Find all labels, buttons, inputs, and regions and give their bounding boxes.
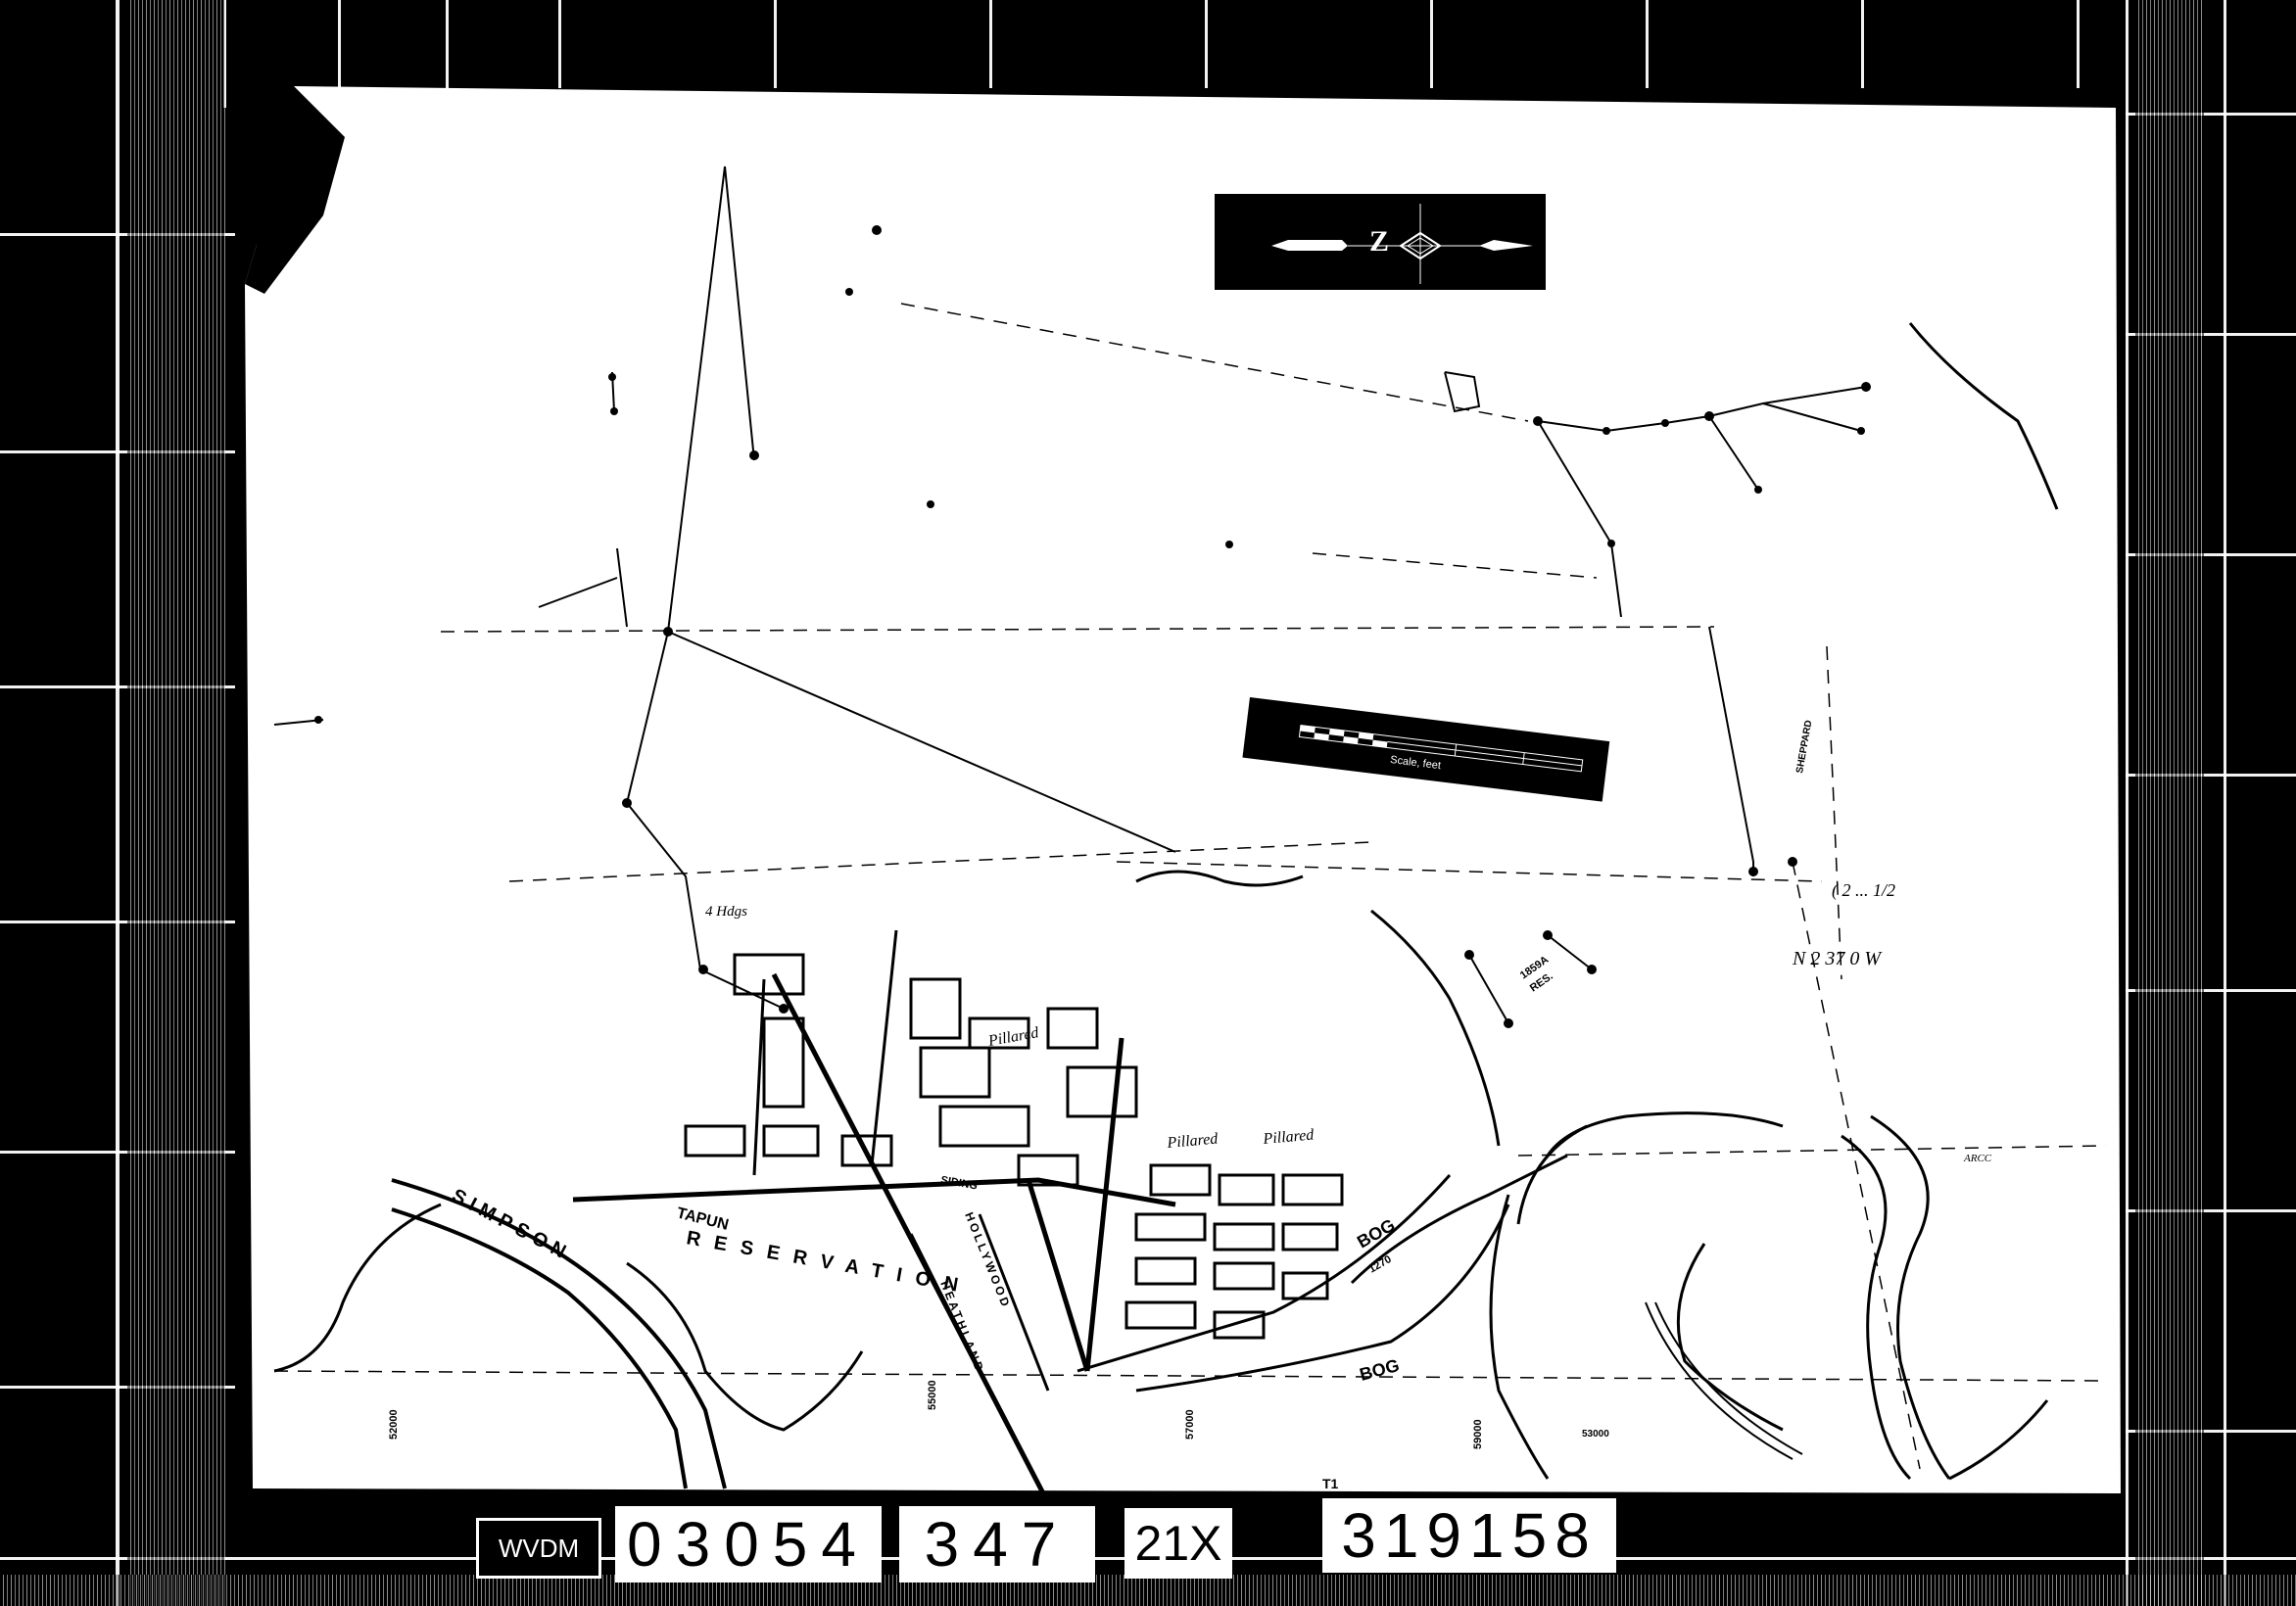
- north-letter: Z: [1369, 225, 1389, 259]
- coord-label-left: 52000: [388, 1409, 400, 1440]
- survey-note-label: N 2 37 0 W: [1792, 948, 1883, 969]
- bearing-note-label: ( 2 ... 1/2: [1832, 880, 1895, 901]
- film-field-2: 347: [899, 1506, 1095, 1582]
- film-field-4: 319158: [1322, 1498, 1616, 1573]
- map-sheet: SIMPSON TAPUN RESERVATION 4 Hdgs Pillare…: [0, 0, 2296, 1606]
- corner-mark-label: T1: [1322, 1476, 1339, 1491]
- paper: [245, 86, 2121, 1493]
- coord-label-mid-1: 55000: [927, 1380, 938, 1410]
- coord-label-mid-2: 57000: [1184, 1409, 1196, 1440]
- north-arrow-legend: Z: [1215, 194, 1546, 290]
- buildings-note-label: 4 Hdgs: [705, 904, 747, 920]
- agency-tag: WVDM: [476, 1518, 601, 1579]
- coord-label-right: 53000: [1582, 1429, 1609, 1440]
- road-note-label: ARCC: [1963, 1153, 1992, 1164]
- coord-label-mid-3: 59000: [1472, 1419, 1484, 1449]
- film-field-1: 03054: [615, 1506, 882, 1582]
- film-field-3: 21X: [1124, 1508, 1232, 1579]
